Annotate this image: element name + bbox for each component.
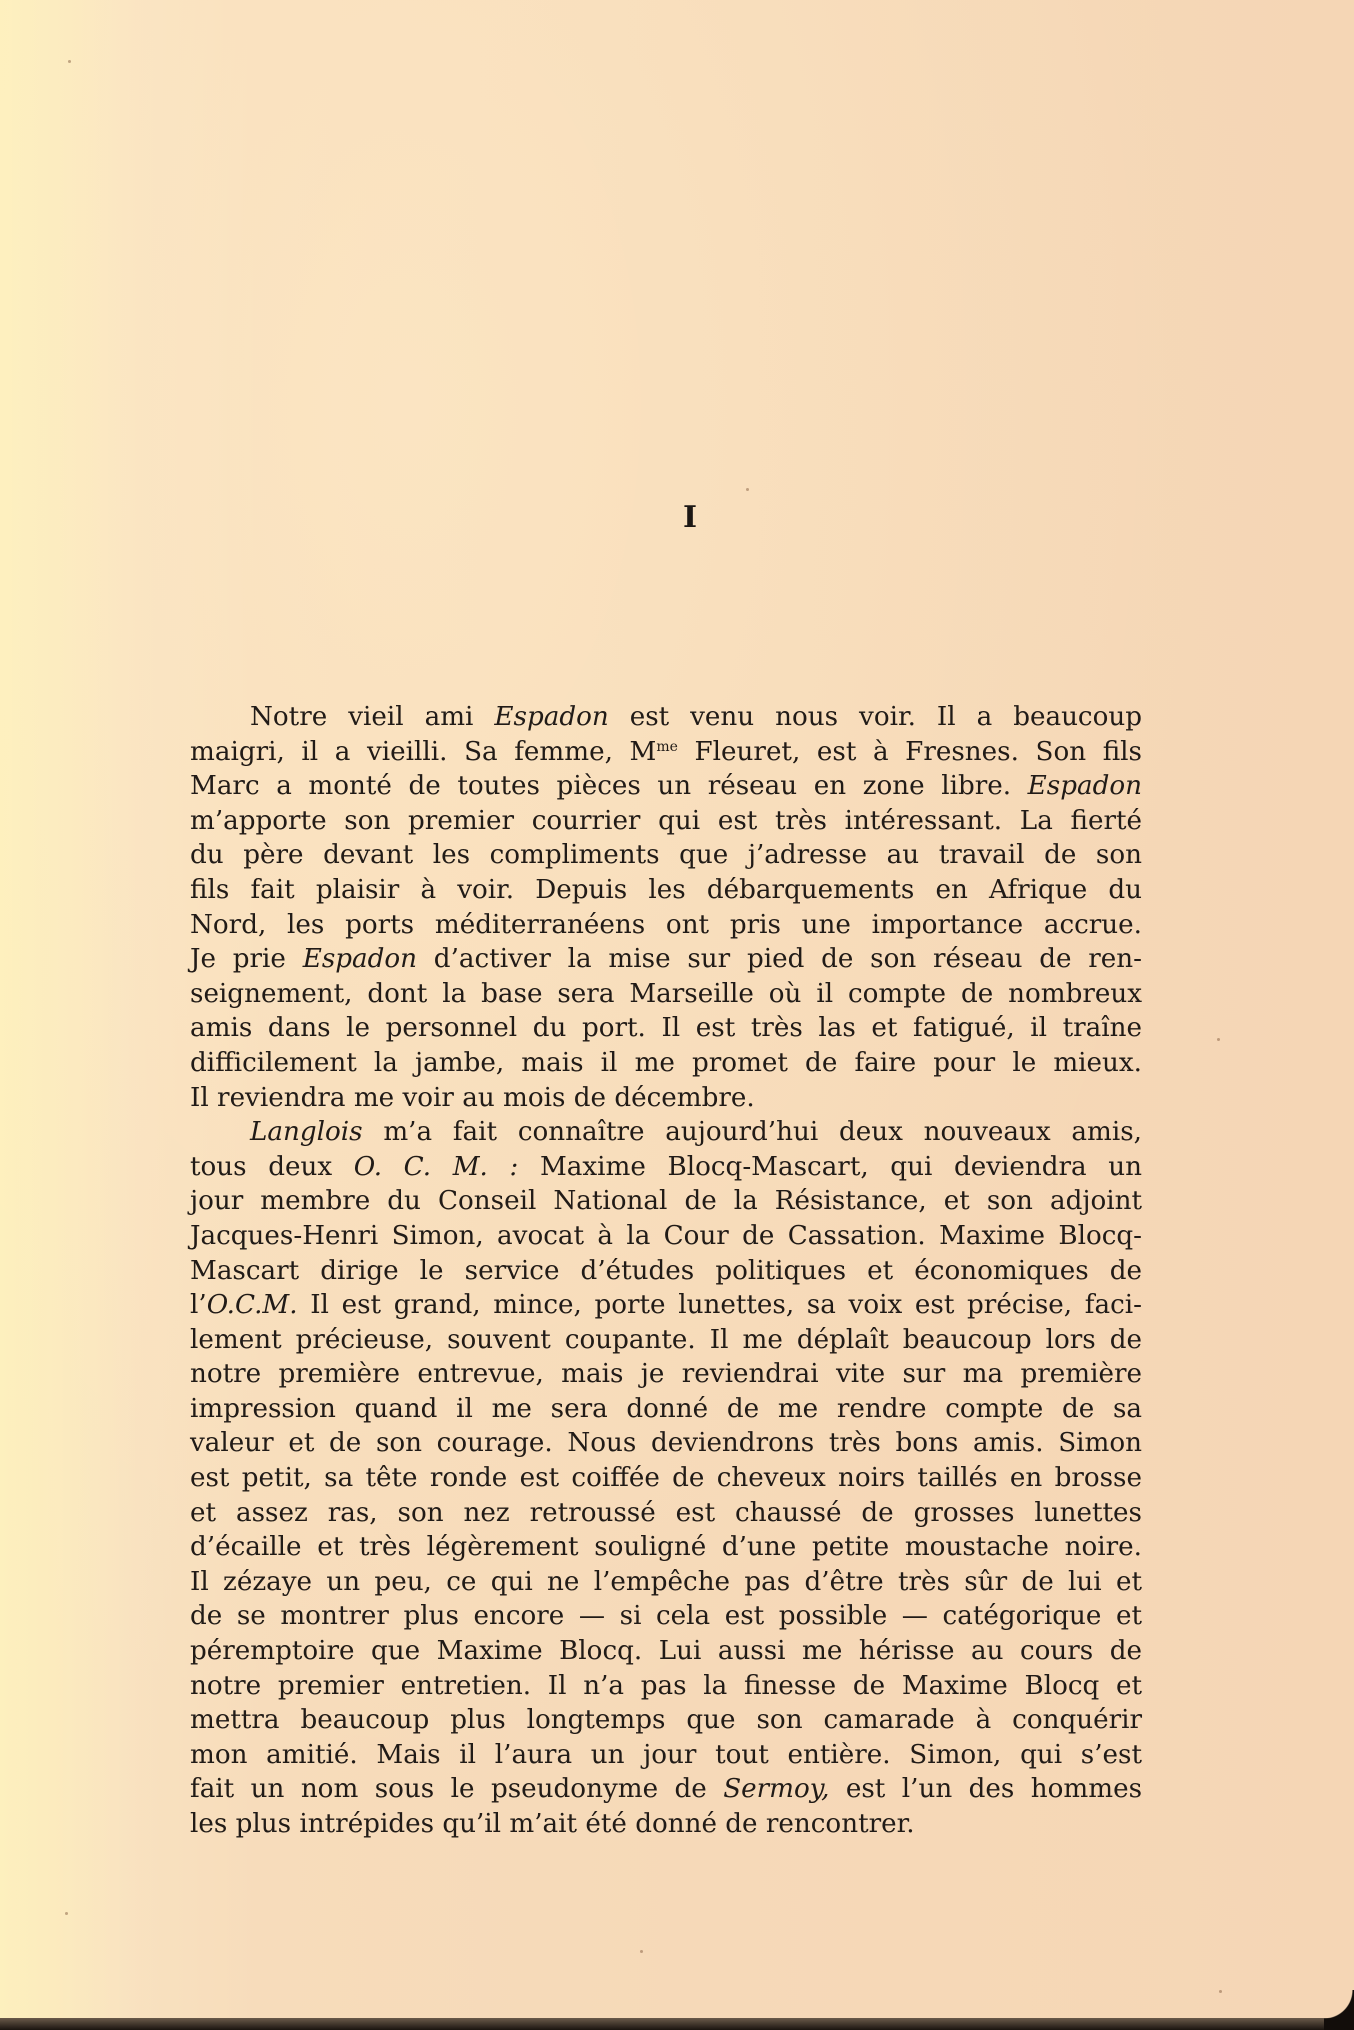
text-line: tous deux O. C. M. : Maxime Blocq-Mascar… [190,1150,1142,1185]
book-page: I Notre vieil ami Espadon est venu nous … [0,0,1354,2018]
text-run: fait un nom sous le pseudonyme de [190,1774,723,1804]
text-run: Nord, les ports méditerranéens ont pris … [190,910,1142,940]
italic-text: Espadon [303,944,417,974]
text-run: est l’un des hommes [829,1774,1142,1804]
text-line: amis dans le personnel du port. Il est t… [190,1011,1142,1046]
text-line: Mascart dirige le service d’études polit… [190,1254,1142,1289]
text-run: m’a fait connaître aujourd’hui deux nouv… [363,1117,1142,1147]
text-line: Langlois m’a fait connaître aujourd’hui … [190,1115,1142,1150]
text-line: Marc a monté de toutes pièces un réseau … [190,769,1142,804]
text-line: les plus intrépides qu’il m’ait été donn… [190,1807,1142,1842]
text-line: du père devant les compliments que j’adr… [190,838,1142,873]
paper-speck [68,60,71,63]
text-line: m’apporte son premier courrier qui est t… [190,804,1142,839]
paper-speck [1217,1038,1220,1041]
text-run: m’apporte son premier courrier qui est t… [190,806,1142,836]
text-run: les plus intrépides qu’il m’ait été donn… [190,1809,915,1839]
text-run: péremptoire que Maxime Blocq. Lui aussi … [190,1636,1142,1666]
text-line: mettra beaucoup plus longtemps que son c… [190,1703,1142,1738]
chapter-number: I [0,500,1354,535]
text-run: mettra beaucoup plus longtemps que son c… [190,1705,1142,1735]
page-gutter-shading [0,0,140,2018]
text-line: difficilement la jambe, mais il me prome… [190,1046,1142,1081]
text-run: fils fait plaisir à voir. Depuis les déb… [190,875,1142,905]
text-run: amis dans le personnel du port. Il est t… [190,1013,1142,1043]
text-run: Il zézaye un peu, ce qui ne l’empêche pa… [190,1567,1142,1597]
text-run: Fleuret, est à Fresnes. Son fils [678,737,1142,767]
text-line: fait un nom sous le pseudonyme de Sermoy… [190,1772,1142,1807]
text-run: notre premier entretien. Il n’a pas la f… [190,1671,1142,1701]
text-run: est venu nous voir. Il a beaucoup [609,702,1142,732]
text-line: fils fait plaisir à voir. Depuis les déb… [190,873,1142,908]
text-line: péremptoire que Maxime Blocq. Lui aussi … [190,1634,1142,1669]
text-line: notre premier entretien. Il n’a pas la f… [190,1669,1142,1704]
text-run: l’ [190,1290,207,1320]
text-run: jour membre du Conseil National de la Ré… [190,1186,1142,1216]
italic-text: Sermoy, [723,1774,829,1804]
text-line: est petit, sa tête ronde est coiffée de … [190,1461,1142,1496]
text-line: notre première entrevue, mais je reviend… [190,1357,1142,1392]
text-line: jour membre du Conseil National de la Ré… [190,1184,1142,1219]
text-run: d’activer la mise sur pied de son réseau… [417,944,1142,974]
text-run: est petit, sa tête ronde est coiffée de … [190,1463,1142,1493]
page-bottom-edge [0,2018,1354,2030]
italic-text: Espadon [1028,771,1142,801]
text-line: l’O.C.M. Il est grand, mince, porte lune… [190,1288,1142,1323]
text-line: impression quand il me sera donné de me … [190,1392,1142,1427]
text-line: maigri, il a vieilli. Sa femme, Mme Fleu… [190,735,1142,770]
italic-text: O. C. M. : [354,1152,519,1182]
text-line: Il reviendra me voir au mois de décembre… [190,1081,1142,1116]
text-run: Marc a monté de toutes pièces un réseau … [190,771,1028,801]
text-run: Mascart dirige le service d’études polit… [190,1256,1142,1286]
text-line: Il zézaye un peu, ce qui ne l’empêche pa… [190,1565,1142,1600]
text-line: mon amitié. Mais il l’aura un jour tout … [190,1738,1142,1773]
page-corner [1324,1990,1354,2030]
text-run: impression quand il me sera donné de me … [190,1394,1142,1424]
text-line: et assez ras, son nez retroussé est chau… [190,1496,1142,1531]
paper-speck [65,1912,68,1915]
text-line: Je prie Espadon d’activer la mise sur pi… [190,942,1142,977]
paragraph: Langlois m’a fait connaître aujourd’hui … [190,1115,1142,1841]
text-line: lement précieuse, souvent coupante. Il m… [190,1323,1142,1358]
text-run: Il est grand, mince, porte lunettes, sa … [298,1290,1142,1320]
text-run: notre première entrevue, mais je reviend… [190,1359,1142,1389]
text-run: maigri, il a vieilli. Sa femme, M [190,737,656,767]
text-line: valeur et de son courage. Nous deviendro… [190,1426,1142,1461]
text-run: d’écaille et très légèrement souligné d’… [190,1532,1142,1562]
italic-text: O.C.M. [207,1290,298,1320]
paragraph: Notre vieil ami Espadon est venu nous vo… [190,700,1142,1115]
text-run: mon amitié. Mais il l’aura un jour tout … [190,1740,1142,1770]
text-run: Maxime Blocq-Mascart, qui deviendra un [518,1152,1142,1182]
text-run: de se montrer plus encore — si cela est … [190,1601,1142,1631]
text-run: du père devant les compliments que j’adr… [190,840,1142,870]
text-run: Il reviendra me voir au mois de décembre… [190,1083,755,1113]
paper-speck [1219,1990,1222,1993]
text-line: Notre vieil ami Espadon est venu nous vo… [190,700,1142,735]
paper-speck [746,488,749,491]
italic-text: Espadon [494,702,608,732]
paper-speck [640,1950,643,1953]
text-run: et assez ras, son nez retroussé est chau… [190,1498,1142,1528]
text-run: Je prie [190,944,303,974]
italic-text: Langlois [250,1117,363,1147]
text-run: Notre vieil ami [250,702,494,732]
body-text: Notre vieil ami Espadon est venu nous vo… [190,700,1142,1842]
text-run: tous deux [190,1152,354,1182]
text-line: seignement, dont la base sera Marseille … [190,977,1142,1012]
text-run: lement précieuse, souvent coupante. Il m… [190,1325,1142,1355]
text-run: Jacques-Henri Simon, avocat à la Cour de… [190,1221,1142,1251]
text-line: Nord, les ports méditerranéens ont pris … [190,908,1142,943]
text-run: seignement, dont la base sera Marseille … [190,979,1142,1009]
text-run: difficilement la jambe, mais il me prome… [190,1048,1142,1078]
superscript: me [656,739,678,755]
text-line: d’écaille et très légèrement souligné d’… [190,1530,1142,1565]
text-line: Jacques-Henri Simon, avocat à la Cour de… [190,1219,1142,1254]
text-run: valeur et de son courage. Nous deviendro… [190,1428,1142,1458]
text-line: de se montrer plus encore — si cela est … [190,1599,1142,1634]
